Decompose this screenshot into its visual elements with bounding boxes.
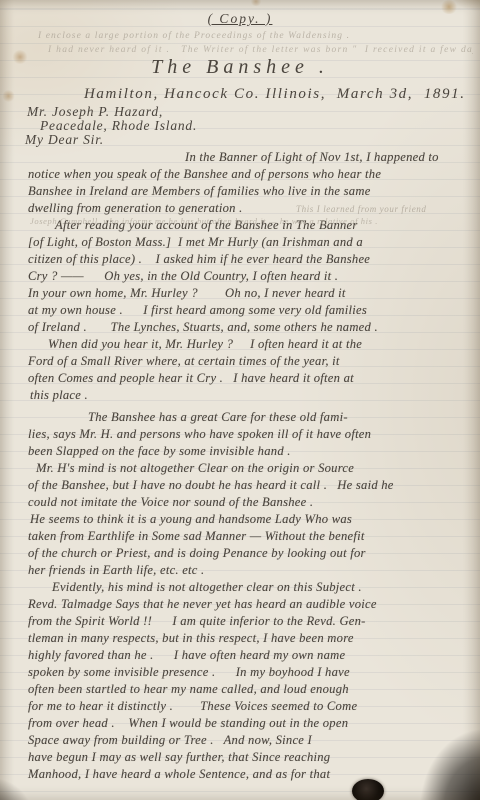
manuscript-line: When did you hear it, Mr. Hurley ? I oft… [48, 336, 474, 353]
manuscript-line: of Ireland . The Lynches, Stuarts, and, … [28, 319, 474, 336]
foxing-stain [2, 90, 15, 102]
manuscript-line: Space away from building or Tree . And n… [28, 732, 474, 749]
manuscript-line: Banshee in Ireland are Members of famili… [28, 183, 474, 200]
manuscript-line: notice when you speak of the Banshee and… [28, 166, 474, 183]
manuscript-line: lies, says Mr. H. and persons who have s… [28, 426, 474, 443]
manuscript-line: for me to hear it distinctly . These Voi… [28, 698, 474, 715]
salutation: My Dear Sir. [25, 132, 104, 148]
dateline: Hamilton, Hancock Co. Illinois, March 3d… [84, 86, 474, 103]
manuscript-line: have begun I may as well say further, th… [28, 749, 474, 766]
manuscript-body: In the Banner of Light of Nov 1st, I hap… [28, 149, 474, 797]
manuscript-line: taken from Earthlife in Some sad Manner … [28, 528, 474, 545]
manuscript-page: ( Copy. ) I enclose a large portion of t… [0, 0, 480, 800]
manuscript-line: could not imitate the Voice nor sound of… [28, 494, 474, 511]
manuscript-line: In the Banner of Light of Nov 1st, I hap… [185, 149, 474, 166]
manuscript-line: often been startled to hear my name call… [28, 681, 474, 698]
manuscript-line: Ford of a Small River where, at certain … [28, 353, 474, 370]
manuscript-line: citizen of this place) . I asked him if … [28, 251, 474, 268]
paper-hole [352, 779, 384, 800]
pencil-annotation: I enclose a large portion of the Proceed… [38, 31, 468, 41]
manuscript-line: In your own home, Mr. Hurley ? Oh no, I … [28, 285, 474, 302]
manuscript-line: been Slapped on the face by some invisib… [28, 443, 474, 460]
manuscript-line: from the Spirit World !! I am quite infe… [28, 613, 474, 630]
document-title: The Banshee . [0, 56, 480, 79]
manuscript-line: [of Light, of Boston Mass.] I met Mr Hur… [28, 234, 474, 251]
pencil-annotation: This I learned from your friend [296, 202, 427, 216]
manuscript-line: The Banshee has a great Care for these o… [88, 409, 474, 426]
pencil-annotation: I had never heard of it . The Writer of … [48, 45, 473, 55]
manuscript-line: Manhood, I have heard a whole Sentence, … [28, 766, 474, 783]
manuscript-line: of the Banshee, but I have no doubt he h… [28, 477, 474, 494]
manuscript-line: tleman in many respects, but in this res… [28, 630, 474, 647]
manuscript-line: from over head . When I would be standin… [28, 715, 474, 732]
manuscript-line: highly favored than he . I have often he… [28, 647, 474, 664]
manuscript-line: often Comes and people hear it Cry . I h… [28, 370, 474, 387]
manuscript-line: of the church or Priest, and is doing Pe… [28, 545, 474, 562]
manuscript-line: Mr. H's mind is not altogether Clear on … [36, 460, 474, 477]
manuscript-line: Cry ? —— Oh yes, in the Old Country, I o… [28, 268, 474, 285]
manuscript-line: her friends in Earth life, etc. etc . [28, 562, 474, 579]
manuscript-line: Revd. Talmadge Says that he never yet ha… [28, 596, 474, 613]
manuscript-line: this place . [30, 387, 474, 404]
manuscript-line: spoken by some invisible presence . In m… [28, 664, 474, 681]
pencil-annotation: Joseph Campbell, who informs me he has b… [30, 215, 378, 227]
foxing-stain [250, 0, 262, 6]
copy-label: ( Copy. ) [0, 11, 480, 27]
manuscript-line: He seems to think it is a young and hand… [30, 511, 474, 528]
manuscript-line: Evidently, his mind is not altogether cl… [52, 579, 474, 596]
manuscript-line: at my own house . I first heard among so… [28, 302, 474, 319]
